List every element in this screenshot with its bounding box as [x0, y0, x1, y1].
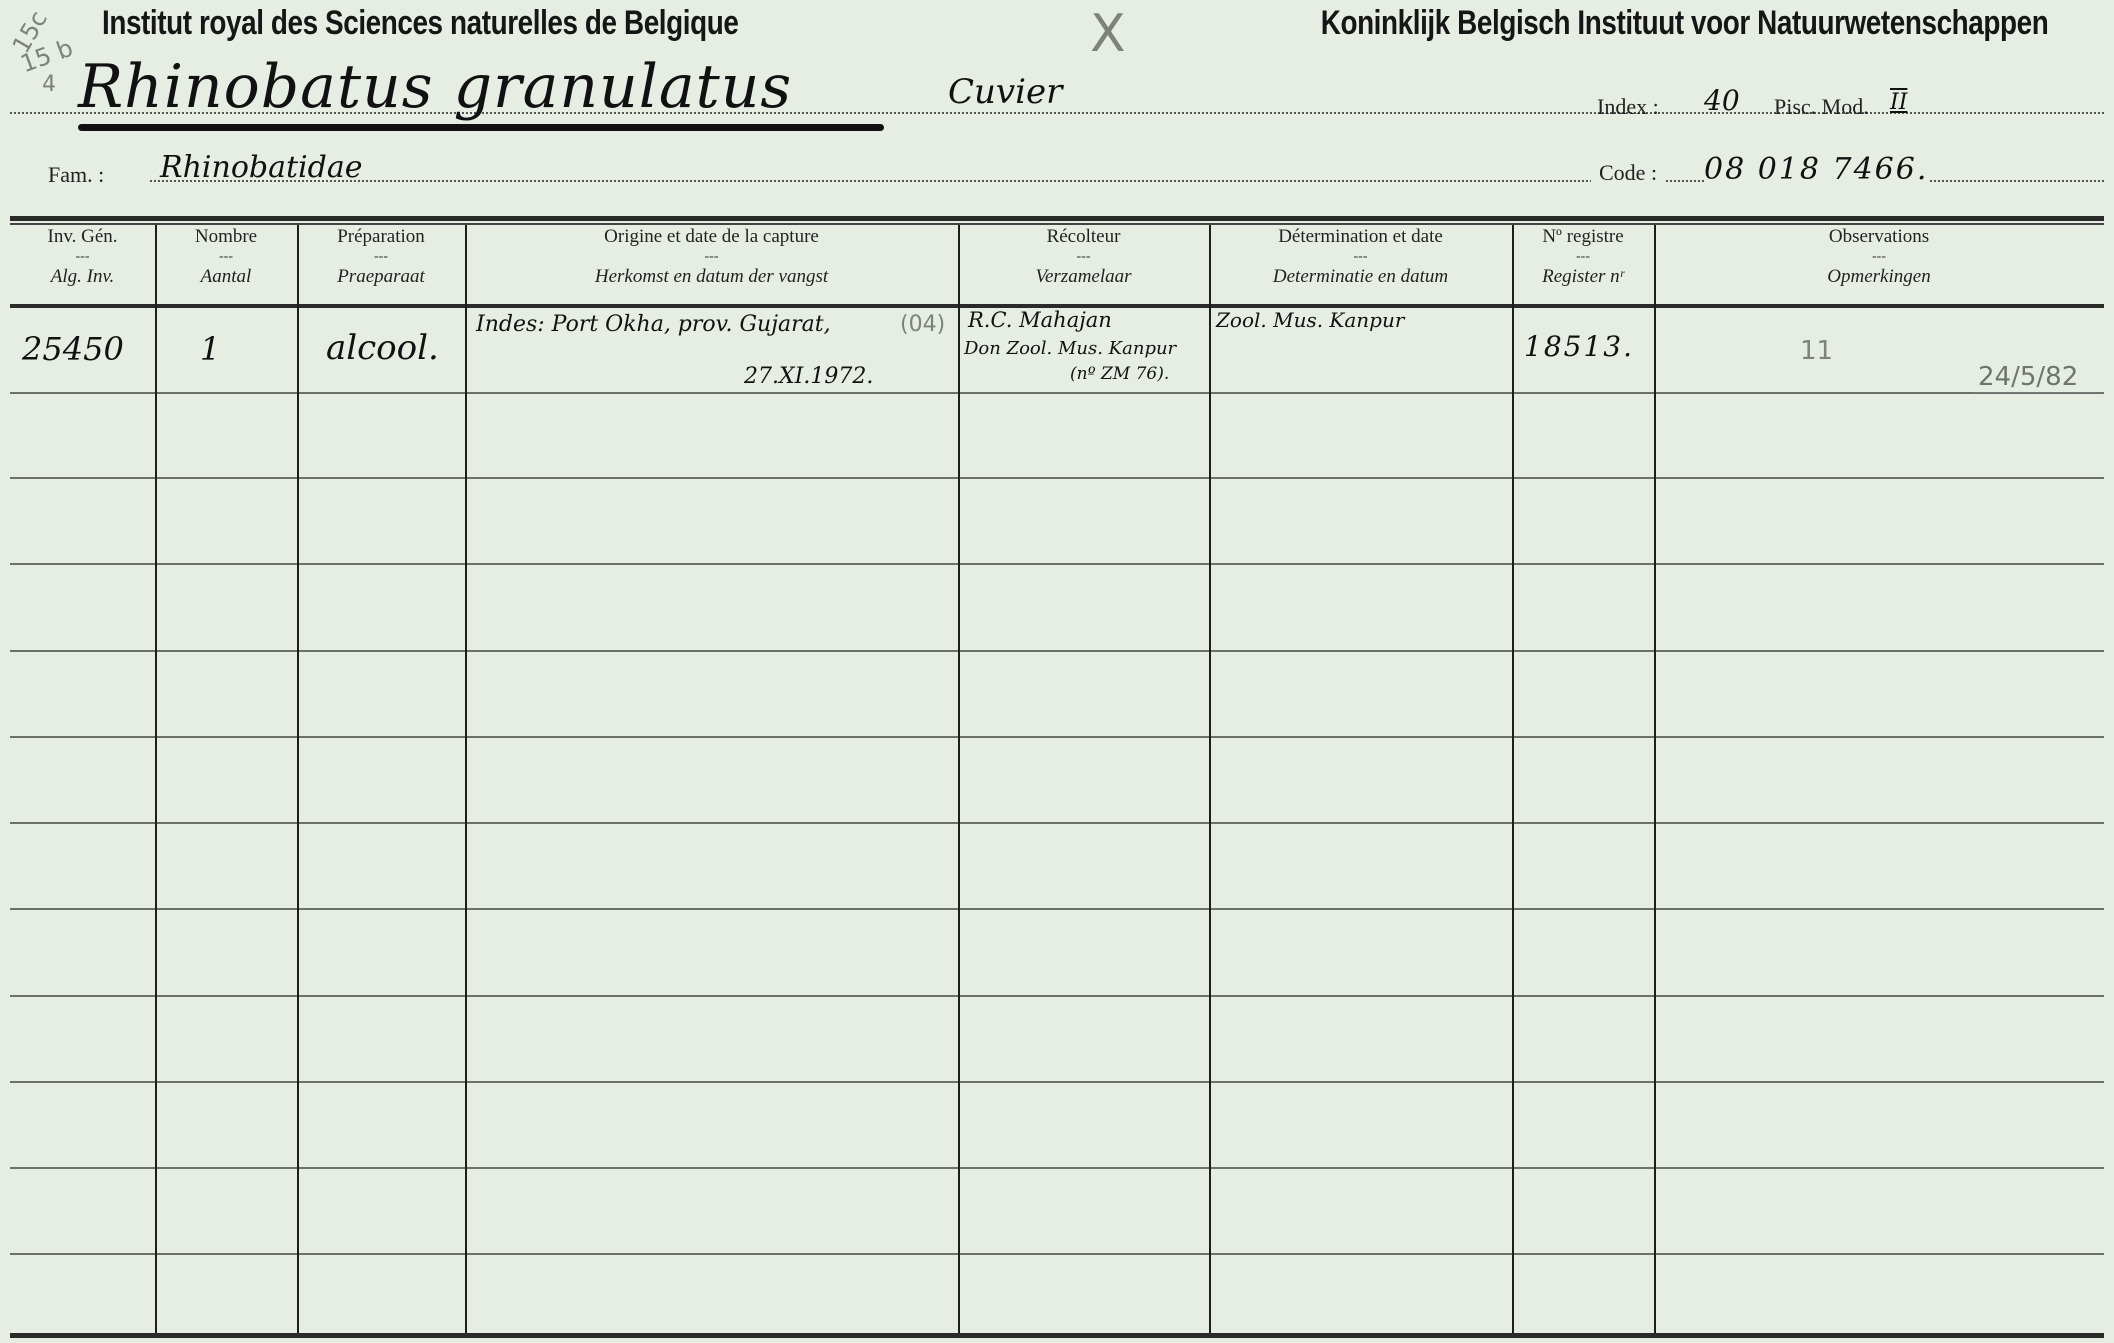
family-label: Fam. : [48, 162, 104, 188]
table-row-rule [10, 736, 2104, 738]
column-header-sep: --- [1209, 250, 1512, 264]
column-header: Préparation---Praeparaat [297, 226, 465, 288]
institute-title-nl: Koninklijk Belgisch Instituut voor Natuu… [1320, 4, 2048, 43]
column-header-nl: Register nʳ [1512, 266, 1654, 288]
column-header: Nombre---Aantal [155, 226, 297, 288]
column-header-fr: Nombre [155, 226, 297, 248]
column-header-nl: Opmerkingen [1654, 266, 2104, 288]
pisc-mod-label: Pisc. Mod. [1774, 94, 1869, 120]
table-row-rule [10, 1253, 2104, 1255]
institute-title-fr: Institut royal des Sciences naturelles d… [102, 4, 738, 43]
column-header-sep: --- [155, 250, 297, 264]
column-header: Origine et date de la capture---Herkomst… [465, 226, 958, 288]
cross-mark: X [1090, 4, 1126, 64]
collector-line-1: R.C. Mahajan [968, 308, 1112, 332]
column-header-nl: Praeparaat [297, 266, 465, 288]
column-header-sep: --- [1654, 250, 2104, 264]
margin-note: 4 [42, 72, 56, 97]
species-author: Cuvier [948, 72, 1062, 112]
column-header-fr: Origine et date de la capture [465, 226, 958, 248]
table-row-rule [10, 477, 2104, 479]
count-value: 1 [200, 330, 220, 368]
table-row-rule [10, 908, 2104, 910]
column-header-sep: --- [958, 250, 1209, 264]
column-header-nl: Verzamelaar [958, 266, 1209, 288]
table-row-rule [10, 563, 2104, 565]
column-header-sep: --- [1512, 250, 1654, 264]
column-header: Inv. Gén.---Alg. Inv. [10, 226, 155, 288]
table-row-rule [10, 995, 2104, 997]
column-header-fr: Détermination et date [1209, 226, 1512, 248]
column-header-fr: Récolteur [958, 226, 1209, 248]
column-header-fr: Préparation [297, 226, 465, 248]
column-header-nl: Herkomst en datum der vangst [465, 266, 958, 288]
column-header: Observations---Opmerkingen [1654, 226, 2104, 288]
column-header: Récolteur---Verzamelaar [958, 226, 1209, 288]
table-row-rule [10, 1081, 2104, 1083]
inv-value: 25450 [22, 330, 124, 368]
column-header-sep: --- [465, 250, 958, 264]
code-value: 08 018 7466. [1704, 152, 1928, 187]
species-name: Rhinobatus granulatus [78, 52, 792, 122]
register-value: 18513. [1524, 330, 1634, 363]
table-row-rule [10, 1167, 2104, 1169]
origin-date: 27.XI.1972. [744, 364, 873, 389]
table-bottom-rule [10, 1333, 2104, 1338]
preparation-value: alcool. [326, 328, 439, 368]
determination-value: Zool. Mus. Kanpur [1216, 308, 1404, 332]
column-header-nl: Aantal [155, 266, 297, 288]
collector-line-2: Don Zool. Mus. Kanpur [964, 338, 1176, 359]
table-column-rule [1209, 225, 1211, 1333]
column-header-sep: --- [10, 250, 155, 264]
table-column-rule [958, 225, 960, 1333]
table-column-rule [297, 225, 299, 1333]
column-header-fr: Observations [1654, 226, 2104, 248]
column-header-sep: --- [297, 250, 465, 264]
species-underline [78, 124, 884, 131]
table-top-rule [10, 216, 2104, 221]
observations-date-underline [1972, 392, 2102, 393]
origin-value: Indes: Port Okha, prov. Gujarat, [476, 312, 831, 337]
column-header: Détermination et date---Determinatie en … [1209, 226, 1512, 288]
family-value: Rhinobatidae [160, 150, 362, 185]
index-value: 40 [1704, 84, 1740, 117]
observations-date: 24/5/82 [1978, 362, 2078, 392]
table-row-rule [10, 822, 2104, 824]
column-header-nl: Alg. Inv. [10, 266, 155, 288]
table-column-rule [1654, 225, 1656, 1333]
table-top-rule-thin [10, 223, 2104, 225]
collector-line-3: (nº ZM 76). [1070, 364, 1169, 384]
table-row-rule [10, 650, 2104, 652]
table-row-rule [10, 392, 2104, 394]
column-header: Nº registre---Register nʳ [1512, 226, 1654, 288]
column-header-fr: Inv. Gén. [10, 226, 155, 248]
index-label: Index : [1597, 94, 1659, 120]
observations-mark: 11 [1800, 336, 1833, 366]
column-header-fr: Nº registre [1512, 226, 1654, 248]
pisc-mod-value: II [1890, 90, 1907, 115]
table-column-rule [155, 225, 157, 1333]
origin-code: (04) [900, 312, 945, 337]
table-column-rule [465, 225, 467, 1333]
code-label: Code : [1591, 160, 1665, 186]
column-header-nl: Determinatie en datum [1209, 266, 1512, 288]
table-column-rule [1512, 225, 1514, 1333]
